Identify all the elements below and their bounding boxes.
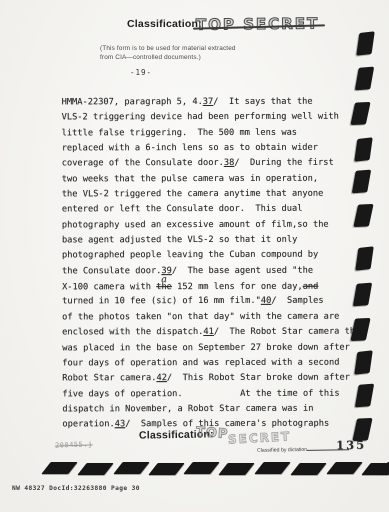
sprocket-hole-mark xyxy=(355,246,374,270)
sprocket-hole-mark xyxy=(353,283,372,307)
typed-text: photography used an excessive amount of … xyxy=(62,219,329,230)
form-note-line1: (This form is to be used for material ex… xyxy=(100,45,236,54)
typed-text: replaced with a 6-inch lens so as to obt… xyxy=(62,143,318,154)
sprocket-hole-mark xyxy=(290,463,326,475)
typed-text: turned in 10 fee (sic) of 16 mm film." xyxy=(62,296,261,307)
crossed-out-stamp: 200455.j xyxy=(55,440,93,449)
typed-text: / This Robot Star broke down after xyxy=(167,373,350,383)
body-line: photographed people leaving the Cuban co… xyxy=(62,248,362,264)
typed-text: enclosed with the dispatch. xyxy=(62,327,203,337)
sprocket-hole-mark xyxy=(350,102,370,125)
body-line: the Consulate door.39/ The base agent us… xyxy=(62,263,362,279)
body-line: five days of operation. At the time of t… xyxy=(62,386,362,402)
body-line: X-100 camera with athe 152 mm lens for o… xyxy=(62,279,362,295)
typed-text: / The Robot Star camera that xyxy=(214,327,366,337)
footnote-ref: 42 xyxy=(156,373,166,383)
typed-text: little false triggering. The 500 mm lens… xyxy=(62,127,297,138)
typed-text: photographed people leaving the Cuban co… xyxy=(62,250,318,261)
sprocket-hole-mark xyxy=(77,463,113,475)
sprocket-hole-mark xyxy=(41,462,77,474)
body-line: enclosed with the dispatch.41/ The Robot… xyxy=(62,325,362,341)
sprocket-hole-mark xyxy=(218,463,254,475)
form-note-line2: from CIA—controlled documents.) xyxy=(100,54,236,63)
body-line: the VLS-2 triggered the camera anytime t… xyxy=(62,187,362,203)
sprocket-hole-mark xyxy=(354,350,373,374)
sprocket-hole-mark xyxy=(352,418,372,441)
footnote-ref: 37 xyxy=(203,97,213,107)
typed-text: five days of operation. At the time of t… xyxy=(62,388,339,399)
typed-text: 152 mm lens for one day, xyxy=(172,282,303,292)
body-line: HMMA-22307, paragraph 5, 4.37/ It says t… xyxy=(62,95,362,111)
typed-text: dispatch in November, a Robot Star camer… xyxy=(62,404,313,415)
form-note: (This form is to be used for material ex… xyxy=(100,45,236,62)
body-line: was placed in the base on September 27 b… xyxy=(62,340,362,356)
typed-text: coverage of the Consulate door. xyxy=(62,158,224,168)
typed-text: entered or left the Consulate door. This… xyxy=(62,204,303,215)
body-line: Robot Star camera.42/ This Robot Star br… xyxy=(62,371,362,387)
footnote-ref: 40 xyxy=(261,296,271,306)
sprocket-hole-mark xyxy=(326,462,362,474)
typed-text: four days of operation and was replaced … xyxy=(62,358,339,369)
struck-word: and xyxy=(303,282,319,292)
archive-footer: NW 48327 DocId:32263880 Page 30 xyxy=(12,485,140,492)
body-line: entered or left the Consulate door. This… xyxy=(62,202,362,218)
typed-text: / During the first xyxy=(234,158,333,168)
sprocket-hole-mark xyxy=(353,204,373,227)
typed-text: base agent adjusted the VLS-2 so that it… xyxy=(62,235,297,246)
body-line: four days of operation and was replaced … xyxy=(62,355,362,371)
sprocket-hole-mark xyxy=(350,318,370,341)
body-line: base agent adjusted the VLS-2 so that it… xyxy=(62,233,362,249)
classification-label-top: Classification: xyxy=(127,18,202,30)
footnote-ref: 38 xyxy=(224,158,234,168)
sprocket-hole-mark xyxy=(148,463,184,475)
typed-text: HMMA-22307, paragraph 5, 4. xyxy=(62,97,203,107)
body-line: dispatch in November, a Robot Star camer… xyxy=(62,401,362,417)
top-secret-stamp-bottom-word1: TOP xyxy=(196,425,229,442)
typed-text: X-100 camera with xyxy=(62,282,156,292)
typed-text: / The base agent used "the xyxy=(172,266,313,276)
body-line: little false triggering. The 500 mm lens… xyxy=(62,125,362,141)
sprocket-hole-mark xyxy=(113,462,149,474)
sprocket-hole-mark xyxy=(352,170,371,194)
typed-text: Robot Star camera. xyxy=(62,373,156,383)
body-line: photography used an excessive amount of … xyxy=(62,217,362,233)
top-secret-stamp-bottom-word2: SECRET xyxy=(228,429,292,446)
body-line: coverage of the Consulate door.38/ Durin… xyxy=(62,156,362,172)
typed-text: / Samples xyxy=(271,296,323,306)
body-line: two weeks that the pulse camera was in o… xyxy=(62,171,362,187)
sprocket-hole-mark xyxy=(356,31,375,55)
typed-text: of the photos taken "on that day" with t… xyxy=(62,311,339,322)
classified-by-text: Classified by dictation xyxy=(257,447,307,454)
document-body: HMMA-22307, paragraph 5, 4.37/ It says t… xyxy=(62,95,363,433)
body-line: replaced with a 6-inch lens so as to obt… xyxy=(62,141,362,157)
typed-text: the Consulate door. xyxy=(62,266,161,276)
typed-text: two weeks that the pulse camera was in o… xyxy=(62,173,318,184)
body-line: turned in 10 fee (sic) of 16 mm film."40… xyxy=(62,294,362,310)
scanned-document-page: Classification: TOP SECRET (This form is… xyxy=(0,0,389,512)
footnote-ref: 41 xyxy=(203,327,213,337)
sprocket-hole-mark xyxy=(183,462,219,474)
body-line: VLS-2 triggering device had been perform… xyxy=(62,110,362,126)
typed-text: the VLS-2 triggered the camera anytime t… xyxy=(62,189,324,200)
sprocket-hole-mark xyxy=(355,384,374,408)
sprocket-hole-mark xyxy=(254,462,290,474)
sprocket-hole-mark xyxy=(354,137,373,161)
typed-text: VLS-2 triggering device had been perform… xyxy=(62,112,339,123)
typed-text: operation. xyxy=(62,419,114,429)
page-number: -19- xyxy=(130,68,152,77)
typed-text: / It says that the xyxy=(213,97,312,107)
sprocket-hole-mark xyxy=(355,67,374,91)
typed-text: was placed in the base on September 27 b… xyxy=(62,342,350,353)
footnote-ref: 43 xyxy=(115,419,125,429)
body-line: of the photos taken "on that day" with t… xyxy=(62,309,362,325)
